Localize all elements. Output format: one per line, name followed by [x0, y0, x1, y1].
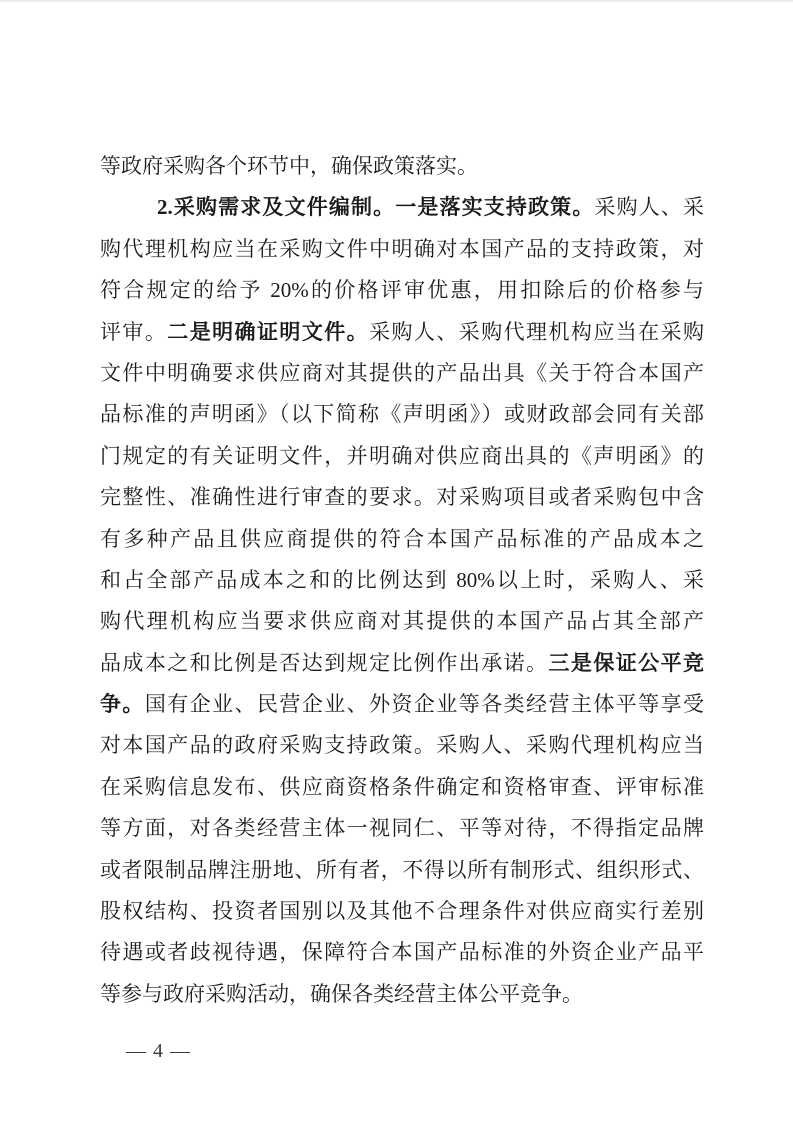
bold-text-run: 争。 — [100, 692, 145, 716]
text-line: 品标准的声明函》（以下简称《声明函》）或财政部会同有关部 — [100, 394, 704, 435]
text-run: 股权结构、投资者国别以及其他不合理条件对供应商实行差别 — [100, 899, 704, 923]
bold-text-run: 二是明确证明文件。 — [167, 320, 369, 344]
text-line: 股权结构、投资者国别以及其他不合理条件对供应商实行差别 — [100, 891, 704, 932]
text-line: 符合规定的给予 20%的价格评审优惠，用扣除后的价格参与 — [100, 270, 704, 311]
text-line: 对本国产品的政府采购支持政策。采购人、采购代理机构应当 — [100, 725, 704, 766]
text-run: 品标准的声明函》（以下简称《声明函》）或财政部会同有关部 — [100, 402, 704, 426]
text-line: 文件中明确要求供应商对其提供的产品出具《关于符合本国产 — [100, 353, 704, 394]
text-line: 和占全部产品成本之和的比例达到 80%以上时，采购人、采 — [100, 560, 704, 601]
text-line: 等参与政府采购活动，确保各类经营主体公平竞争。 — [100, 974, 704, 1015]
text-run: 采购人、采购代理机构应当在采购 — [369, 320, 704, 344]
text-line: 购代理机构应当在采购文件中明确对本国产品的支持政策，对 — [100, 229, 704, 270]
text-run: 采购人、采 — [594, 195, 704, 219]
text-line: 或者限制品牌注册地、所有者，不得以所有制形式、组织形式、 — [100, 850, 704, 891]
text-run: 有多种产品且供应商提供的符合本国产品标准的产品成本之 — [100, 527, 704, 551]
text-run: 门规定的有关证明文件，并明确对供应商出具的《声明函》的 — [100, 444, 704, 468]
text-run: 符合规定的给予 20%的价格评审优惠，用扣除后的价格参与 — [100, 278, 704, 302]
text-line: 有多种产品且供应商提供的符合本国产品标准的产品成本之 — [100, 519, 704, 560]
bold-text-run: 三是保证公平竞 — [548, 651, 704, 675]
text-line: 待遇或者歧视待遇，保障符合本国产品标准的外资企业产品平 — [100, 932, 704, 973]
document-body: 等政府采购各个环节中，确保政策落实。2.采购需求及文件编制。一是落实支持政策。采… — [100, 146, 704, 1015]
text-line: 争。国有企业、民营企业、外资企业等各类经营主体平等享受 — [100, 684, 704, 725]
text-run: 品成本之和比例是否达到规定比例作出承诺。 — [100, 651, 548, 675]
text-run: 等参与政府采购活动，确保各类经营主体公平竞争。 — [100, 982, 583, 1006]
text-line: 购代理机构应当要求供应商对其提供的本国产品占其全部产 — [100, 601, 704, 642]
scan-top-edge — [0, 0, 793, 2]
text-run: 完整性、准确性进行审查的要求。对采购项目或者采购包中含 — [100, 485, 704, 509]
text-run: 购代理机构应当在采购文件中明确对本国产品的支持政策，对 — [100, 237, 704, 261]
text-line: 等方面，对各类经营主体一视同仁、平等对待，不得指定品牌 — [100, 808, 704, 849]
text-line: 等政府采购各个环节中，确保政策落实。 — [100, 146, 704, 187]
text-line: 品成本之和比例是否达到规定比例作出承诺。三是保证公平竞 — [100, 643, 704, 684]
text-run: 等方面，对各类经营主体一视同仁、平等对待，不得指定品牌 — [100, 816, 704, 840]
text-run: 和占全部产品成本之和的比例达到 80%以上时，采购人、采 — [100, 568, 704, 592]
bold-text-run: 2.采购需求及文件编制。一是落实支持政策。 — [157, 195, 594, 219]
text-run: 或者限制品牌注册地、所有者，不得以所有制形式、组织形式、 — [100, 858, 704, 882]
text-line: 完整性、准确性进行审查的要求。对采购项目或者采购包中含 — [100, 477, 704, 518]
text-line: 门规定的有关证明文件，并明确对供应商出具的《声明函》的 — [100, 436, 704, 477]
text-run: 等政府采购各个环节中，确保政策落实。 — [100, 154, 478, 178]
text-line: 2.采购需求及文件编制。一是落实支持政策。采购人、采 — [100, 187, 704, 228]
text-line: 在采购信息发布、供应商资格条件确定和资格审查、评审标准 — [100, 767, 704, 808]
text-run: 国有企业、民营企业、外资企业等各类经营主体平等享受 — [145, 692, 704, 716]
text-run: 在采购信息发布、供应商资格条件确定和资格审查、评审标准 — [100, 775, 704, 799]
document-page: 等政府采购各个环节中，确保政策落实。2.采购需求及文件编制。一是落实支持政策。采… — [0, 0, 793, 1122]
text-line: 评审。二是明确证明文件。采购人、采购代理机构应当在采购 — [100, 312, 704, 353]
text-run: 文件中明确要求供应商对其提供的产品出具《关于符合本国产 — [100, 361, 704, 385]
text-run: 购代理机构应当要求供应商对其提供的本国产品占其全部产 — [100, 609, 704, 633]
text-run: 待遇或者歧视待遇，保障符合本国产品标准的外资企业产品平 — [100, 940, 704, 964]
page-number: — 4 — — [126, 1036, 191, 1066]
text-run: 评审。 — [100, 320, 167, 344]
text-run: 对本国产品的政府采购支持政策。采购人、采购代理机构应当 — [100, 733, 704, 757]
